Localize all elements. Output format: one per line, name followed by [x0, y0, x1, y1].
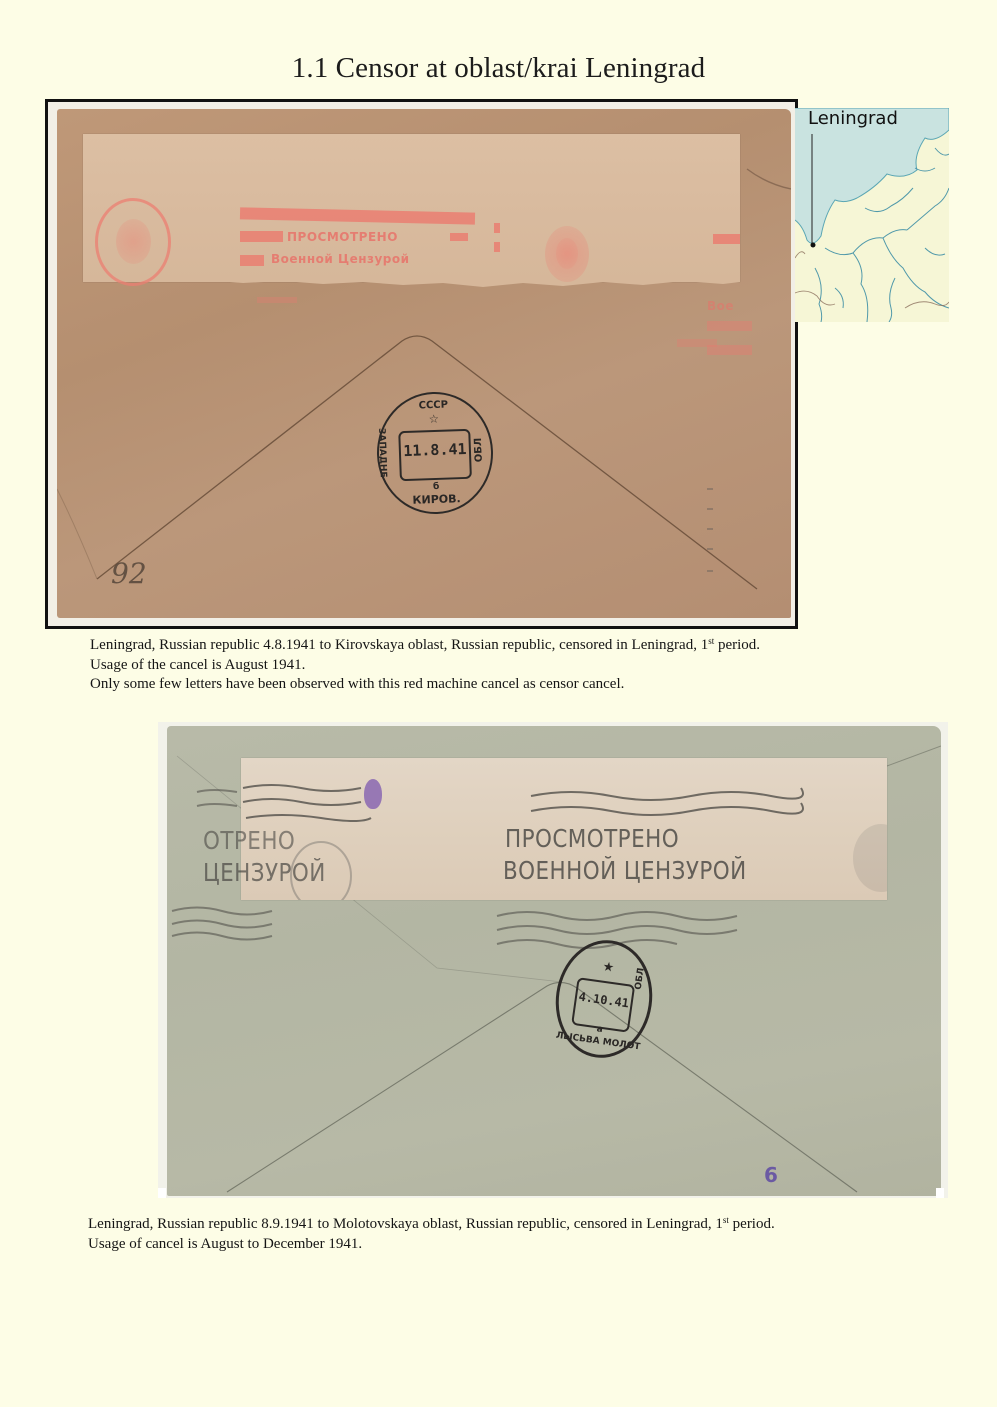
censor-tape: ПРОСМОТРЕНО Военной Цензурой — [83, 134, 740, 282]
mount-corner-tab — [936, 1188, 944, 1198]
violet-ink-mark — [364, 779, 382, 809]
torn-edge — [83, 278, 740, 288]
caption-1-line-3: Only some few letters have been observed… — [90, 675, 760, 695]
cover-2-mount: ПРОСМОТРЕНО ВОЕННОЙ ЦЕНЗУРОЙ ОТРЕНО ЦЕНЗ… — [158, 722, 948, 1198]
map-label-leningrad: Leningrad — [808, 108, 898, 129]
violet-number: 6 — [764, 1163, 778, 1187]
red-bar — [240, 255, 264, 266]
red-bar — [240, 231, 283, 242]
censor-mark-fragment: Вое — [707, 299, 734, 313]
red-bar — [494, 223, 500, 233]
censor-mark-center-line-2: ВОЕННОЙ ЦЕНЗУРОЙ — [503, 856, 747, 886]
caption-1-line-1: Leningrad, Russian republic 4.8.1941 to … — [90, 636, 760, 656]
red-bar — [450, 233, 468, 241]
caption-2-line-2: Usage of cancel is August to December 19… — [88, 1235, 775, 1255]
caption-1-line-2: Usage of the cancel is August 1941. — [90, 656, 760, 676]
caption-2-line-1: Leningrad, Russian republic 8.9.1941 to … — [88, 1215, 775, 1235]
postmark-right-text: ОБЛ — [472, 420, 485, 480]
page-title: 1.1 Censor at oblast/krai Leningrad — [0, 52, 997, 85]
censor-mark-line-1: ПРОСМОТРЕНО — [287, 230, 398, 244]
location-map: Leningrad — [795, 108, 949, 322]
pencil-note: 92 — [111, 557, 147, 590]
cover-1-caption: Leningrad, Russian republic 4.8.1941 to … — [90, 636, 760, 695]
red-bar — [240, 207, 475, 224]
kirov-postmark: СССР ☆ 11.8.41 б КИРОВ. ЗАПАДНЕ ОБЛ — [375, 390, 495, 516]
red-bar — [713, 234, 740, 244]
red-coat-of-arms-emblem — [95, 198, 171, 286]
red-wreath-emblem — [545, 226, 589, 282]
censor-mark-center-line-1: ПРОСМОТРЕНО — [505, 824, 679, 854]
cover-1-envelope-back: ПРОСМОТРЕНО Военной Цензурой Вое СССР ☆ … — [57, 109, 791, 618]
cover-1-mount: ПРОСМОТРЕНО Военной Цензурой Вое СССР ☆ … — [45, 99, 798, 629]
cover-2-envelope-back: ПРОСМОТРЕНО ВОЕННОЙ ЦЕНЗУРОЙ ОТРЕНО ЦЕНЗ… — [167, 726, 941, 1196]
red-bar — [494, 242, 500, 252]
map-drawing — [795, 108, 949, 322]
censor-mark-line-2: Военной Цензурой — [271, 252, 410, 266]
censor-tape: ПРОСМОТРЕНО ВОЕННОЙ ЦЕНЗУРОЙ — [241, 758, 887, 900]
mount-corner-tab — [158, 1188, 166, 1198]
censor-mark-left-line-1: ОТРЕНО — [203, 826, 295, 856]
cover-2-caption: Leningrad, Russian republic 8.9.1941 to … — [88, 1215, 775, 1254]
censor-mark-left-line-2: ЦЕНЗУРОЙ — [203, 858, 326, 888]
